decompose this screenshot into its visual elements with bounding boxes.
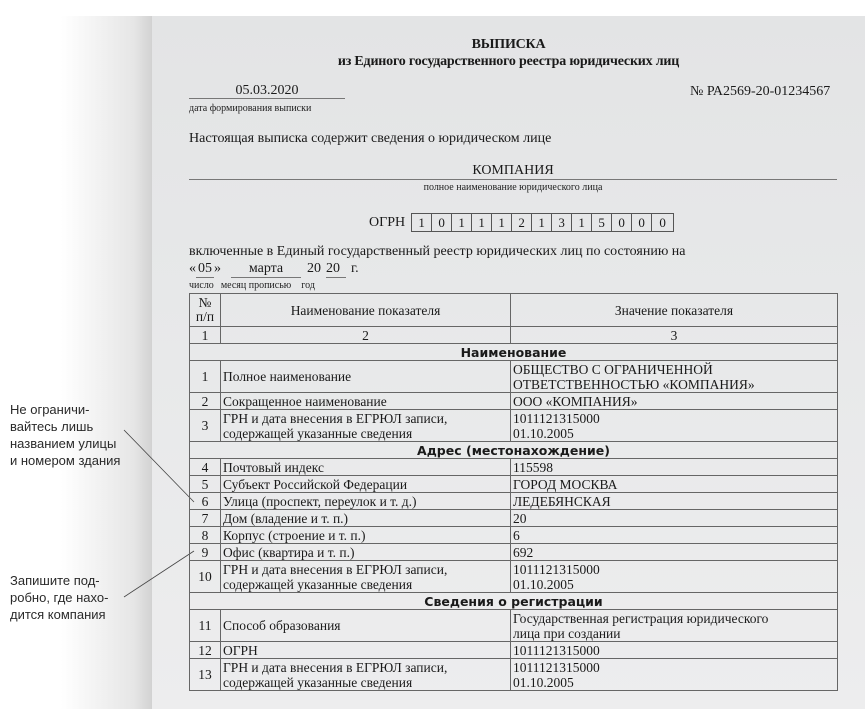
row-number: 13 bbox=[190, 659, 221, 691]
column-number-3: 3 bbox=[511, 327, 838, 344]
state-date-captions: число месяц прописью год bbox=[189, 280, 315, 291]
column-number-1: 1 bbox=[190, 327, 221, 344]
table-row: 7Дом (владение и т. п.)20 bbox=[190, 510, 838, 527]
row-number: 5 bbox=[190, 476, 221, 493]
row-number: 1 bbox=[190, 361, 221, 393]
indicator-value: 1011121315000 01.10.2005 bbox=[511, 659, 838, 691]
ogrn-digit: 0 bbox=[432, 214, 452, 231]
ogrn-digit: 3 bbox=[552, 214, 572, 231]
formation-date: 05.03.2020 bbox=[189, 83, 345, 99]
document-subtitle: из Единого государственного реестра юрид… bbox=[152, 54, 865, 70]
header-indicator-name: Наименование показателя bbox=[221, 294, 511, 327]
annotation-address-note: Запишите под- робно, где нахо- дится ком… bbox=[10, 572, 140, 623]
section-row: Наименование bbox=[190, 344, 838, 361]
indicator-value: 115598 bbox=[511, 459, 838, 476]
table-row: 1Полное наименованиеОБЩЕСТВО С ОГРАНИЧЕН… bbox=[190, 361, 838, 393]
indicator-value: ОБЩЕСТВО С ОГРАНИЧЕННОЙ ОТВЕТСТВЕННОСТЬЮ… bbox=[511, 361, 838, 393]
registry-table: № п/п Наименование показателя Значение п… bbox=[189, 293, 838, 691]
section-title: Сведения о регистрации bbox=[190, 593, 838, 610]
ogrn-field: ОГРН 1011121315000 bbox=[369, 213, 674, 232]
row-number: 9 bbox=[190, 544, 221, 561]
row-number: 11 bbox=[190, 610, 221, 642]
ogrn-label: ОГРН bbox=[369, 215, 405, 231]
table-row: 11Способ образованияГосударственная реги… bbox=[190, 610, 838, 642]
indicator-value: ГОРОД МОСКВА bbox=[511, 476, 838, 493]
ogrn-digit: 1 bbox=[532, 214, 552, 231]
ogrn-digit: 1 bbox=[492, 214, 512, 231]
company-name: КОМПАНИЯ bbox=[189, 162, 837, 180]
column-number-row: 1 2 3 bbox=[190, 327, 838, 344]
table-row: 8Корпус (строение и т. п.)6 bbox=[190, 527, 838, 544]
indicator-name: ГРН и дата внесения в ЕГРЮЛ записи, соде… bbox=[221, 561, 511, 593]
table-row: 6Улица (проспект, переулок и т. д.)ЛЕДЕБ… bbox=[190, 493, 838, 510]
indicator-name: Почтовый индекс bbox=[221, 459, 511, 476]
indicator-name: Способ образования bbox=[221, 610, 511, 642]
state-date-text: включенные в Единый государственный реес… bbox=[189, 244, 686, 260]
indicator-value: 1011121315000 01.10.2005 bbox=[511, 410, 838, 442]
row-number: 10 bbox=[190, 561, 221, 593]
indicator-name: Дом (владение и т. п.) bbox=[221, 510, 511, 527]
table-row: 3ГРН и дата внесения в ЕГРЮЛ записи, сод… bbox=[190, 410, 838, 442]
column-number-2: 2 bbox=[221, 327, 511, 344]
caption-day: число bbox=[189, 280, 214, 291]
ogrn-digit: 1 bbox=[452, 214, 472, 231]
section-title: Адрес (местонахождение) bbox=[190, 442, 838, 459]
ogrn-digit: 1 bbox=[472, 214, 492, 231]
ogrn-digit: 0 bbox=[652, 214, 673, 231]
open-quote: « bbox=[189, 261, 196, 278]
table-row: 5Субъект Российской ФедерацииГОРОД МОСКВ… bbox=[190, 476, 838, 493]
ogrn-digit-boxes: 1011121315000 bbox=[411, 213, 674, 232]
indicator-value: 20 bbox=[511, 510, 838, 527]
ogrn-digit: 1 bbox=[412, 214, 432, 231]
indicator-name: Офис (квартира и т. п.) bbox=[221, 544, 511, 561]
header-indicator-value: Значение показателя bbox=[511, 294, 838, 327]
document-title: ВЫПИСКА bbox=[152, 37, 865, 53]
state-year-abbr: г. bbox=[351, 261, 359, 278]
extract-number: № РА2569-20-01234567 bbox=[690, 84, 830, 100]
indicator-name: Субъект Российской Федерации bbox=[221, 476, 511, 493]
state-year-suffix: 20 bbox=[326, 261, 346, 278]
intro-text: Настоящая выписка содержит сведения о юр… bbox=[189, 131, 551, 147]
row-number: 7 bbox=[190, 510, 221, 527]
margin-top bbox=[0, 0, 152, 16]
ogrn-digit: 0 bbox=[632, 214, 652, 231]
indicator-value: ЛЕДЕБЯНСКАЯ bbox=[511, 493, 838, 510]
indicator-name: Полное наименование bbox=[221, 361, 511, 393]
ogrn-digit: 2 bbox=[512, 214, 532, 231]
annotation-street-note: Не ограничи- вайтесь лишь названием улиц… bbox=[10, 401, 140, 469]
caption-month: месяц прописью bbox=[221, 280, 291, 291]
indicator-name: Корпус (строение и т. п.) bbox=[221, 527, 511, 544]
ogrn-digit: 0 bbox=[612, 214, 632, 231]
header-number: № п/п bbox=[190, 294, 221, 327]
indicator-value: Государственная регистрация юридического… bbox=[511, 610, 838, 642]
row-number: 2 bbox=[190, 393, 221, 410]
indicator-name: ГРН и дата внесения в ЕГРЮЛ записи, соде… bbox=[221, 410, 511, 442]
section-title: Наименование bbox=[190, 344, 838, 361]
table-row: 12ОГРН1011121315000 bbox=[190, 642, 838, 659]
row-number: 12 bbox=[190, 642, 221, 659]
state-day: 05 bbox=[196, 261, 214, 278]
indicator-value: 6 bbox=[511, 527, 838, 544]
state-year-prefix: 20 bbox=[307, 261, 321, 278]
state-month: марта bbox=[231, 261, 301, 278]
indicator-name: ГРН и дата внесения в ЕГРЮЛ записи, соде… bbox=[221, 659, 511, 691]
state-date: « 05 » марта 20 20 г. bbox=[189, 261, 359, 278]
table-row: 10ГРН и дата внесения в ЕГРЮЛ записи, со… bbox=[190, 561, 838, 593]
close-quote: » bbox=[214, 261, 221, 278]
section-row: Адрес (местонахождение) bbox=[190, 442, 838, 459]
caption-year: год bbox=[301, 280, 315, 291]
indicator-value: ООО «КОМПАНИЯ» bbox=[511, 393, 838, 410]
row-number: 8 bbox=[190, 527, 221, 544]
indicator-name: ОГРН bbox=[221, 642, 511, 659]
indicator-name: Улица (проспект, переулок и т. д.) bbox=[221, 493, 511, 510]
formation-date-caption: дата формирования выписки bbox=[189, 103, 311, 114]
indicator-value: 1011121315000 bbox=[511, 642, 838, 659]
ogrn-digit: 1 bbox=[572, 214, 592, 231]
table-row: 4Почтовый индекс115598 bbox=[190, 459, 838, 476]
row-number: 4 bbox=[190, 459, 221, 476]
table-row: 2Сокращенное наименованиеООО «КОМПАНИЯ» bbox=[190, 393, 838, 410]
row-number: 3 bbox=[190, 410, 221, 442]
row-number: 6 bbox=[190, 493, 221, 510]
ogrn-digit: 5 bbox=[592, 214, 612, 231]
indicator-name: Сокращенное наименование bbox=[221, 393, 511, 410]
indicator-value: 1011121315000 01.10.2005 bbox=[511, 561, 838, 593]
company-name-caption: полное наименование юридического лица bbox=[189, 182, 837, 193]
table-header-row: № п/п Наименование показателя Значение п… bbox=[190, 294, 838, 327]
table-row: 9Офис (квартира и т. п.)692 bbox=[190, 544, 838, 561]
section-row: Сведения о регистрации bbox=[190, 593, 838, 610]
table-row: 13ГРН и дата внесения в ЕГРЮЛ записи, со… bbox=[190, 659, 838, 691]
indicator-value: 692 bbox=[511, 544, 838, 561]
